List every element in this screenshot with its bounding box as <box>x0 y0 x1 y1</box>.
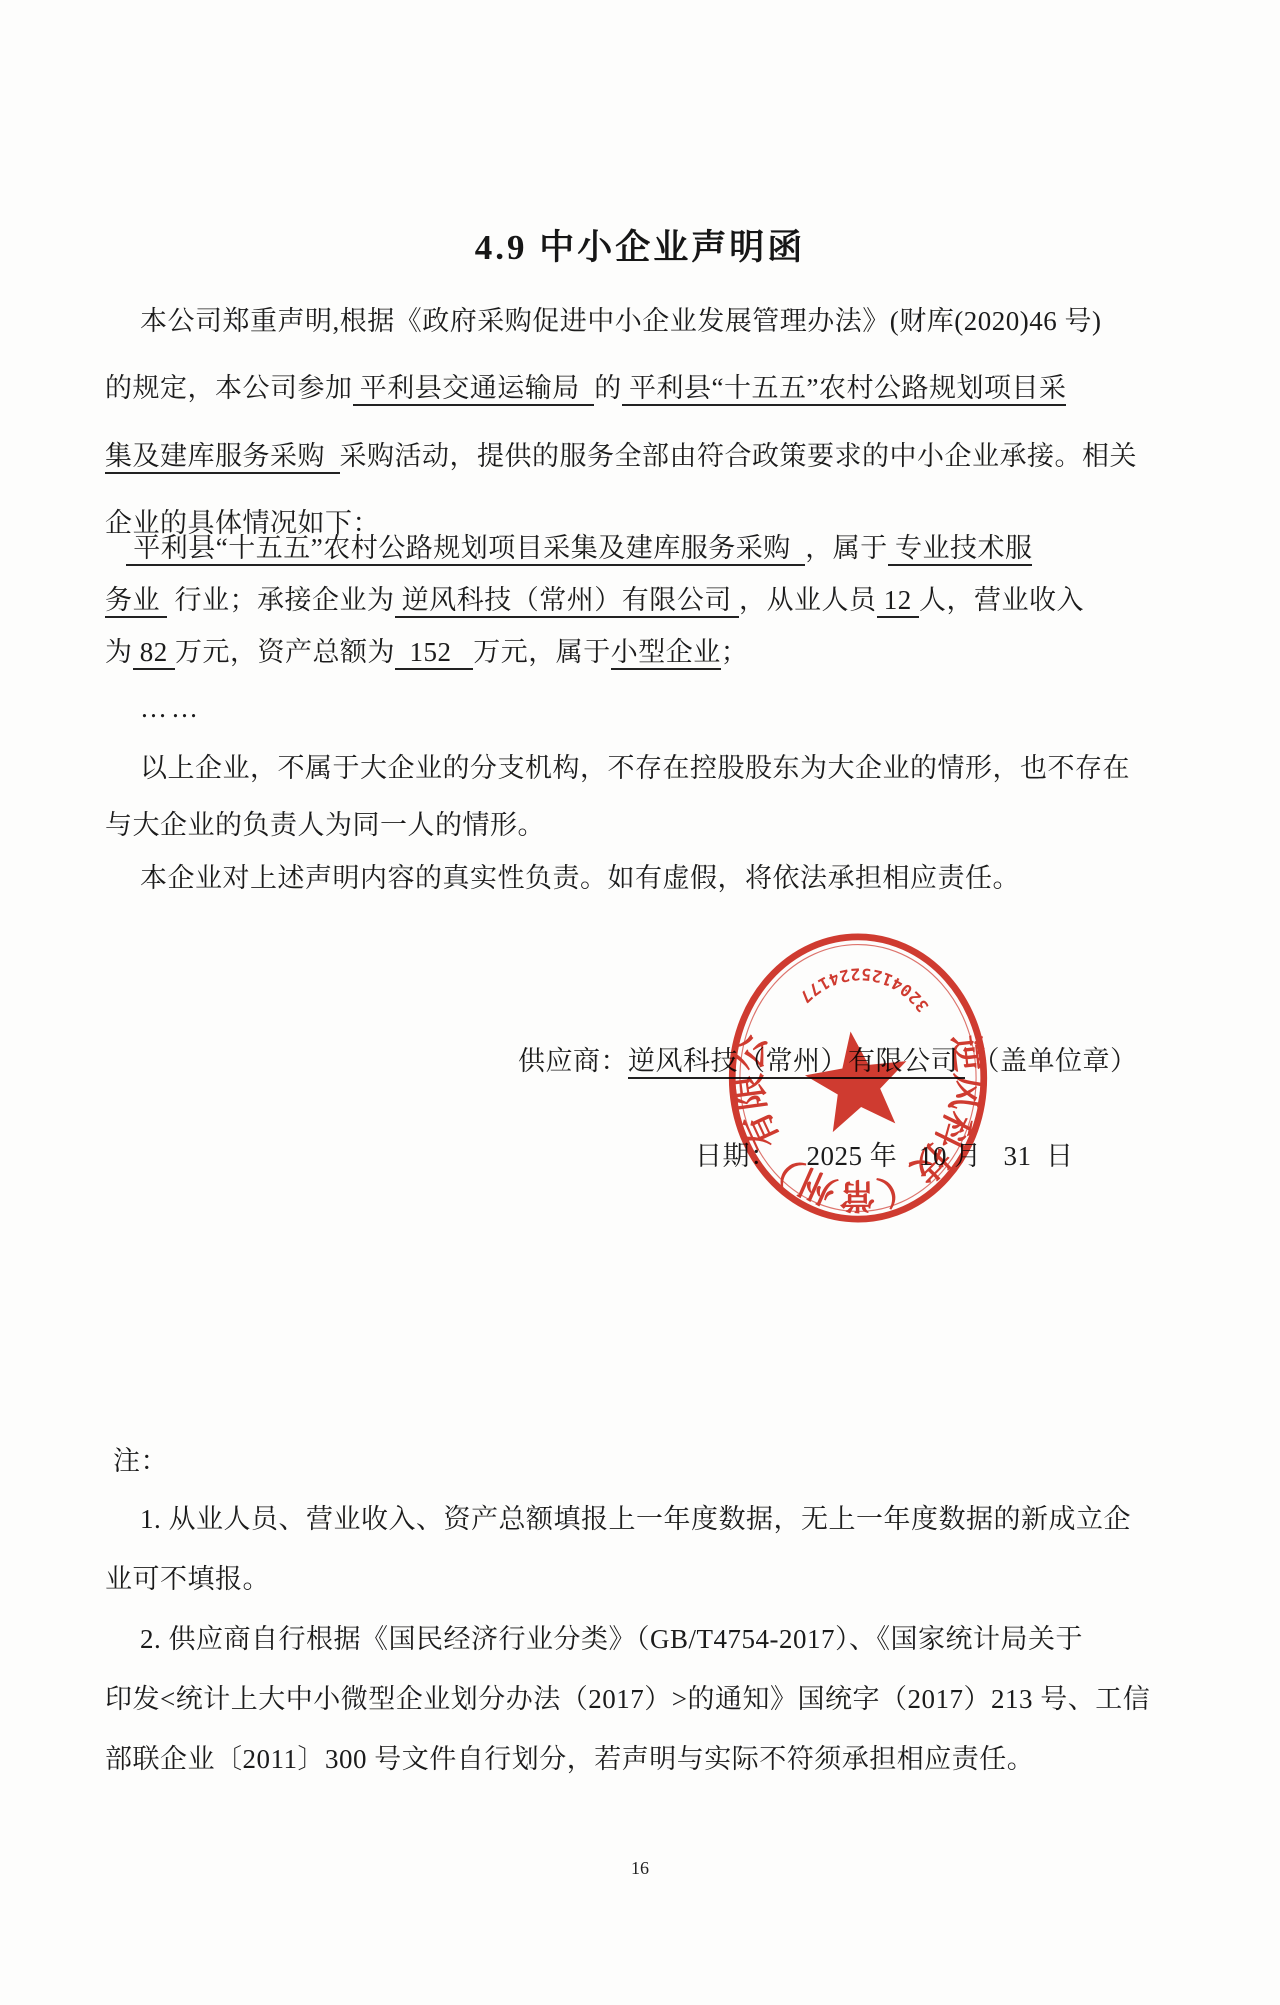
static-text: 人，营业收入 <box>919 585 1084 615</box>
static-text: 万元，资产总额为 <box>175 637 395 667</box>
statement-line: 与大企业的负责人为同一人的情形。 <box>105 807 545 843</box>
static-text: 万元，属于 <box>473 637 611 667</box>
project-detail-line: 为 82 万元，资产总额为 152 万元，属于小型企业； <box>105 634 748 670</box>
static-text: ，从业人员 <box>739 585 877 615</box>
declaration-line: 本公司郑重声明,根据《政府采购促进中小企业发展管理办法》(财库(2020)46 … <box>140 303 1101 339</box>
project-detail-line: 务业 行业；承接企业为 逆风科技（常州）有限公司 ，从业人员 12 人，营业收入 <box>105 582 1084 618</box>
filled-blank-text: 集及建库服务采购 <box>105 441 340 474</box>
page-title: 4.9 中小企业声明函 <box>0 220 1280 270</box>
filled-blank-text: 82 <box>133 637 176 670</box>
svg-text:3204125224177: 3204125224177 <box>794 960 935 1017</box>
note-2-line: 部联企业〔2011〕300 号文件自行划分，若声明与实际不符须承担相应责任。 <box>105 1741 1034 1777</box>
static-text: 与大企业的负责人为同一人的情形。 <box>105 810 545 840</box>
filled-blank-text: 平利县交通运输局 <box>353 373 595 406</box>
static-text: 为 <box>105 637 133 667</box>
static-text: 的 <box>594 373 622 403</box>
seal-serial-number: 3204125224177 <box>794 960 935 1017</box>
note-1-line: 业可不填报。 <box>105 1561 270 1597</box>
static-text: 采购活动，提供的服务全部由符合政策要求的中小企业承接。相关 <box>340 441 1138 471</box>
static-text: 供应商： <box>518 1046 628 1076</box>
filled-blank-text: 152 <box>395 637 473 670</box>
notes-label: 注： <box>113 1443 168 1479</box>
filled-blank-text: 平利县“十五五”农村公路规划项目采 <box>622 373 1067 406</box>
page-number: 16 <box>0 1858 1280 1879</box>
static-text: ，属于 <box>805 533 888 563</box>
static-text: 以上企业，不属于大企业的分支机构，不存在控股股东为大企业的情形，也不存在 <box>140 753 1130 783</box>
filled-blank-text: 专业技术服 <box>888 533 1033 566</box>
static-text: 行业；承接企业为 <box>167 585 394 615</box>
statement-line: 以上企业，不属于大企业的分支机构，不存在控股股东为大企业的情形，也不存在 <box>140 750 1130 786</box>
note-1-line: 1. 从业人员、营业收入、资产总额填报上一年度数据，无上一年度数据的新成立企 <box>140 1501 1131 1537</box>
static-text: 本公司郑重声明,根据《政府采购促进中小企业发展管理办法》(财库(2020)46 … <box>140 306 1101 336</box>
note-2-line: 印发<统计上大中小微型企业划分办法（2017）>的通知》国统字（2017）213… <box>105 1681 1150 1717</box>
date-line: 日期： 2025 年 10 月 31 日 <box>695 1138 1074 1174</box>
static-text: ； <box>721 637 749 667</box>
filled-blank-text: 平利县“十五五”农村公路规划项目采集及建库服务采购 <box>126 533 805 566</box>
supplier-signature-line: 供应商：逆风科技（常州）有限公司 （盖单位章） <box>518 1043 1138 1079</box>
static-text: …… <box>140 693 202 723</box>
ellipsis-line: …… <box>140 690 202 726</box>
declaration-line: 集及建库服务采购 采购活动，提供的服务全部由符合政策要求的中小企业承接。相关 <box>105 438 1137 474</box>
filled-blank-text: 小型企业 <box>611 637 721 670</box>
filled-blank-text: 务业 <box>105 585 167 618</box>
filled-blank-text: 逆风科技（常州）有限公司 <box>395 585 740 618</box>
note-2-line: 2. 供应商自行根据《国民经济行业分类》（GB/T4754-2017）、《国家统… <box>140 1621 1083 1657</box>
static-text: 本企业对上述声明内容的真实性负责。如有虚假，将依法承担相应责任。 <box>140 863 1020 893</box>
static-text: （盖单位章） <box>965 1046 1137 1076</box>
declaration-line: 的规定，本公司参加 平利县交通运输局 的 平利县“十五五”农村公路规划项目采 <box>105 370 1066 406</box>
project-detail-line: 平利县“十五五”农村公路规划项目采集及建库服务采购 ，属于 专业技术服 <box>126 530 1032 566</box>
document-page: 4.9 中小企业声明函 本公司郑重声明,根据《政府采购促进中小企业发展管理办法》… <box>0 0 1280 2005</box>
static-text: 的规定，本公司参加 <box>105 373 353 403</box>
seal-star <box>800 1024 915 1135</box>
static-text: 日期： 2025 年 10 月 31 日 <box>695 1141 1074 1171</box>
filled-blank-text: 12 <box>877 585 920 618</box>
responsibility-line: 本企业对上述声明内容的真实性负责。如有虚假，将依法承担相应责任。 <box>140 860 1020 896</box>
filled-blank-text: 逆风科技（常州）有限公司 <box>628 1046 965 1079</box>
